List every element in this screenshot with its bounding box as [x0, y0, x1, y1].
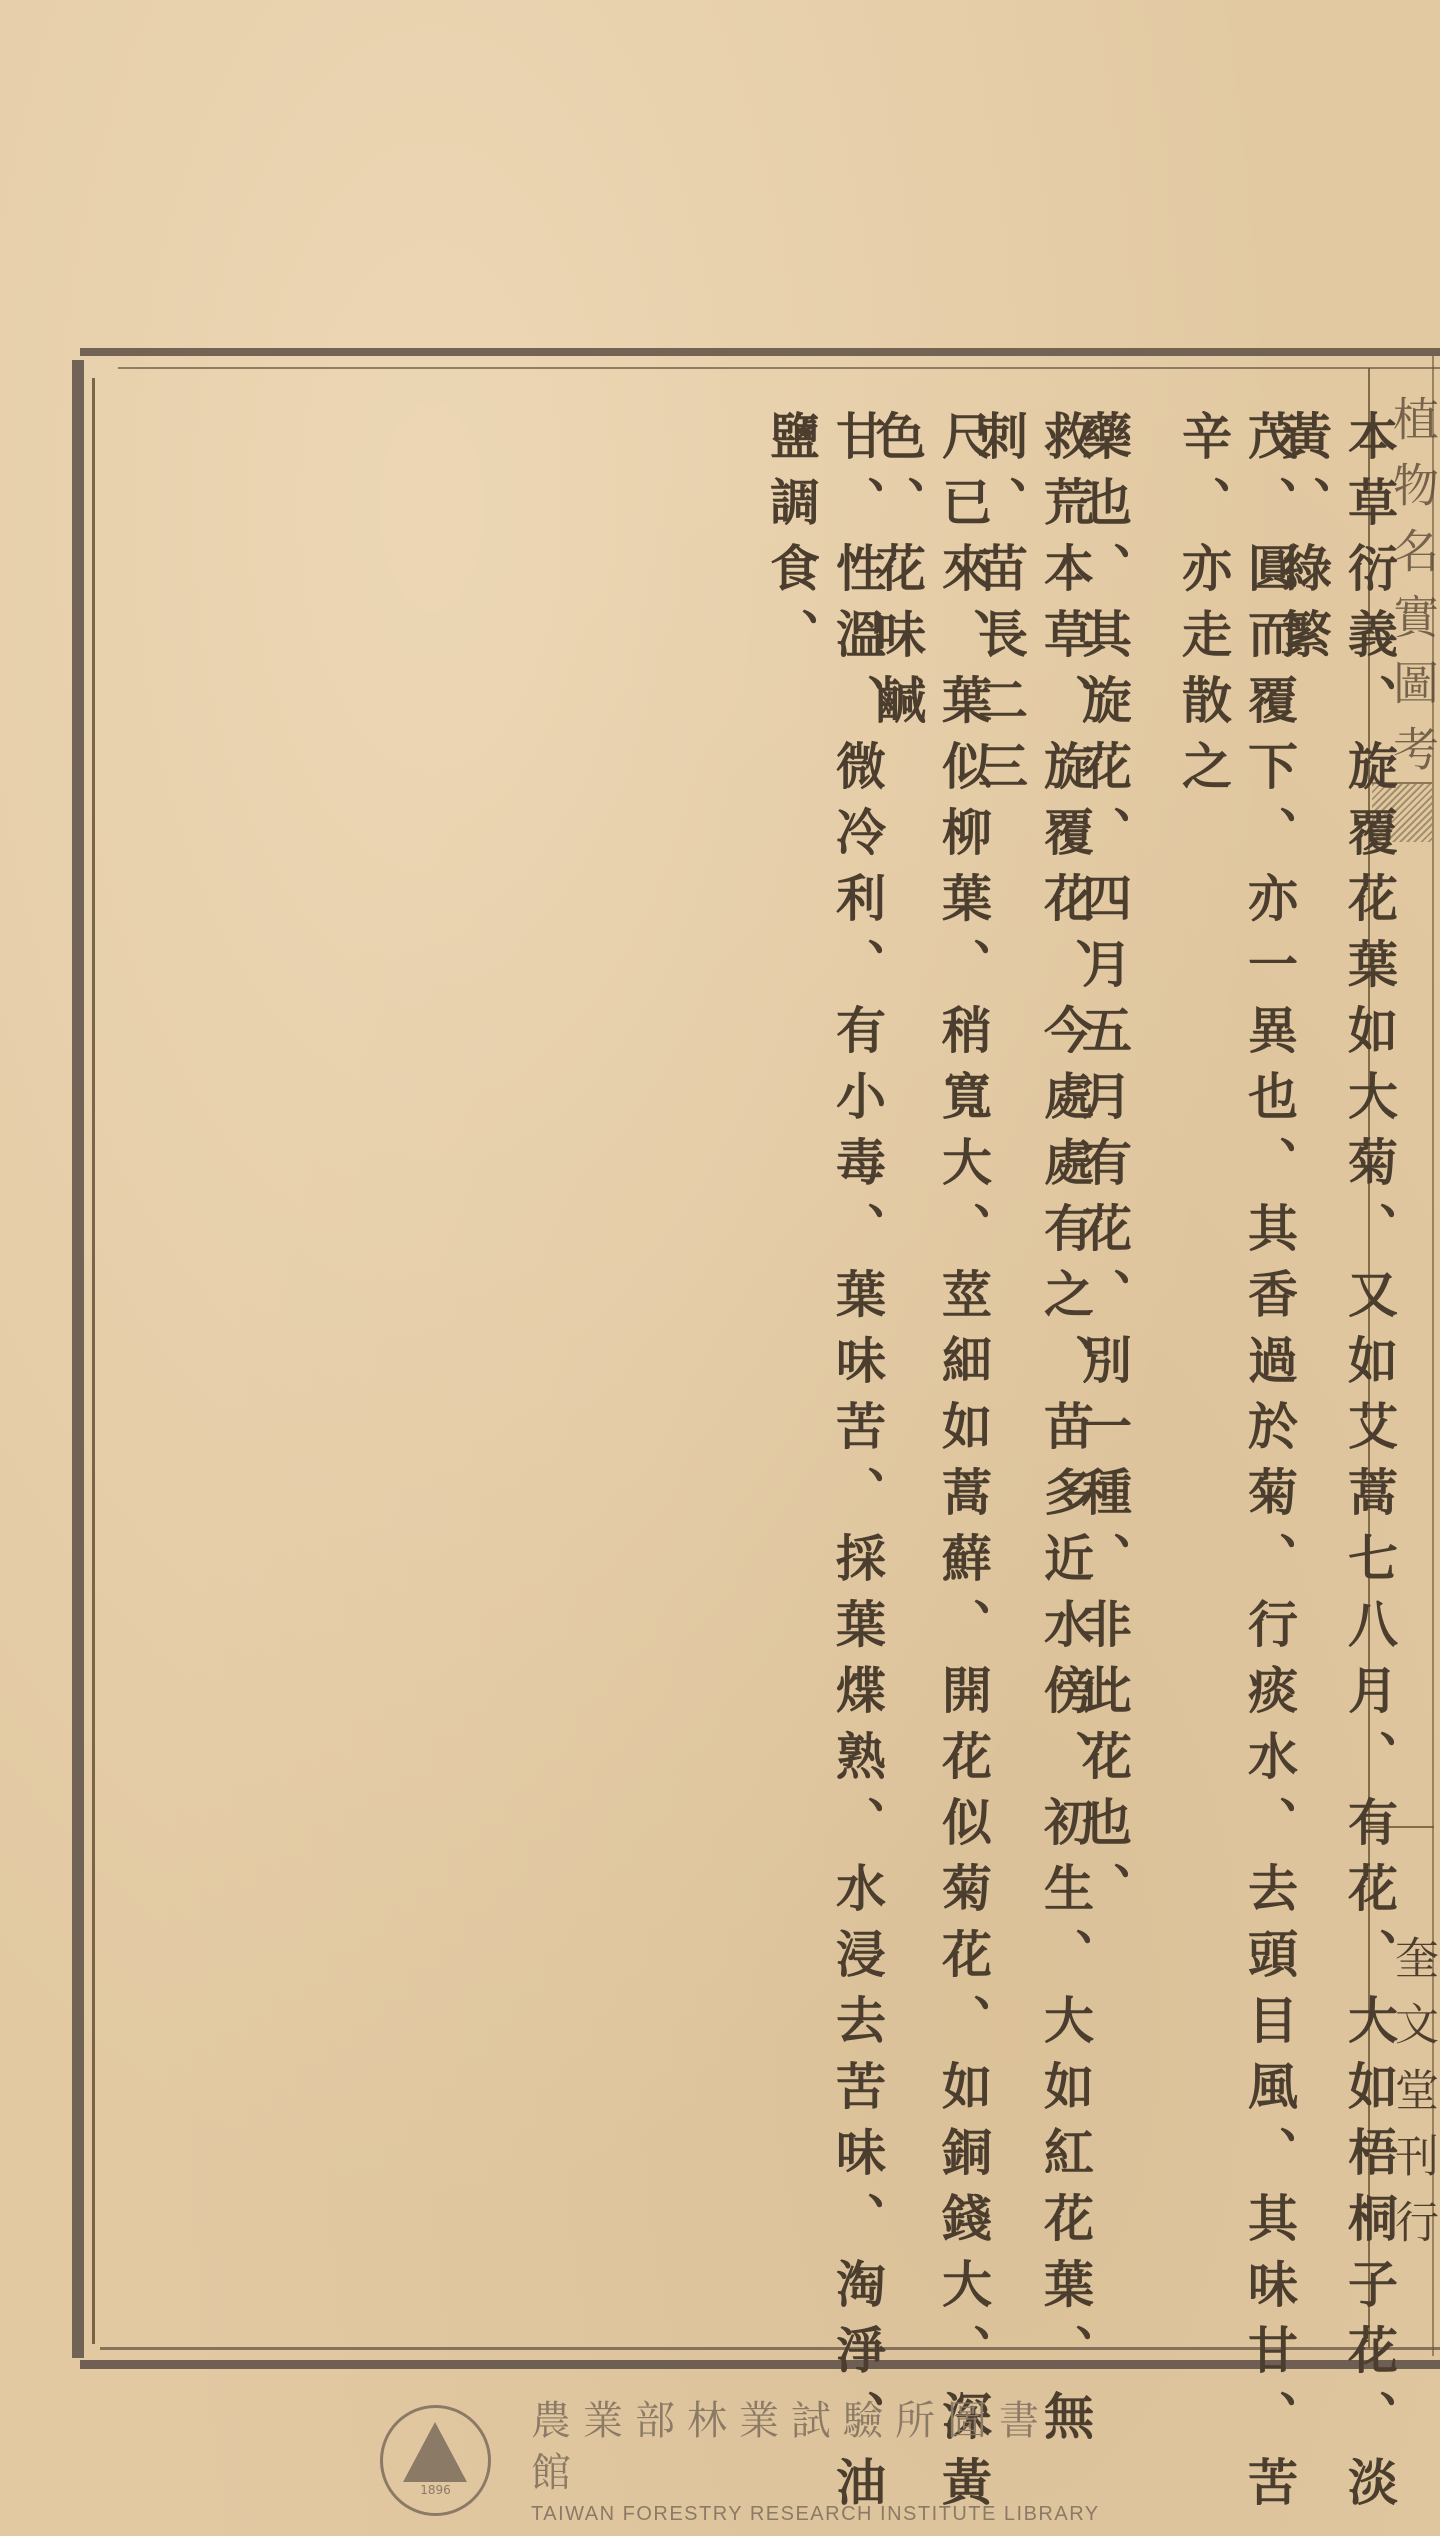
frame-outer-top-border — [80, 348, 1440, 356]
triangle-emblem-icon — [403, 2422, 467, 2482]
logo-year: 1896 — [383, 2483, 488, 2497]
library-watermark: 1896 農業部林業試驗所圖書館 TAIWAN FORESTRY RESEARC… — [380, 2400, 1100, 2520]
watermark-chinese: 農業部林業試驗所圖書館 — [531, 2395, 1100, 2499]
watermark-text: 農業部林業試驗所圖書館 TAIWAN FORESTRY RESEARCH INS… — [531, 2395, 1100, 2526]
text-column-2: 茂、圓而覆下、亦一異也、其香過於菊、行痰水、去頭目風、其味甘、苦辛、亦走散之 — [1170, 410, 1302, 2536]
text-column-6: 甘、性溫、微冷利、有小毒、葉味苦、採葉煠熟、水浸去苦味、淘淨、油鹽調食、 — [758, 410, 890, 2536]
institute-logo-icon: 1896 — [380, 2405, 491, 2516]
frame-outer-left-border — [72, 360, 84, 2358]
frame-inner-top-border — [118, 367, 1440, 369]
frame-inner-left-border — [92, 378, 95, 2344]
watermark-english: TAIWAN FORESTRY RESEARCH INSTITUTE LIBRA… — [531, 2503, 1100, 2526]
